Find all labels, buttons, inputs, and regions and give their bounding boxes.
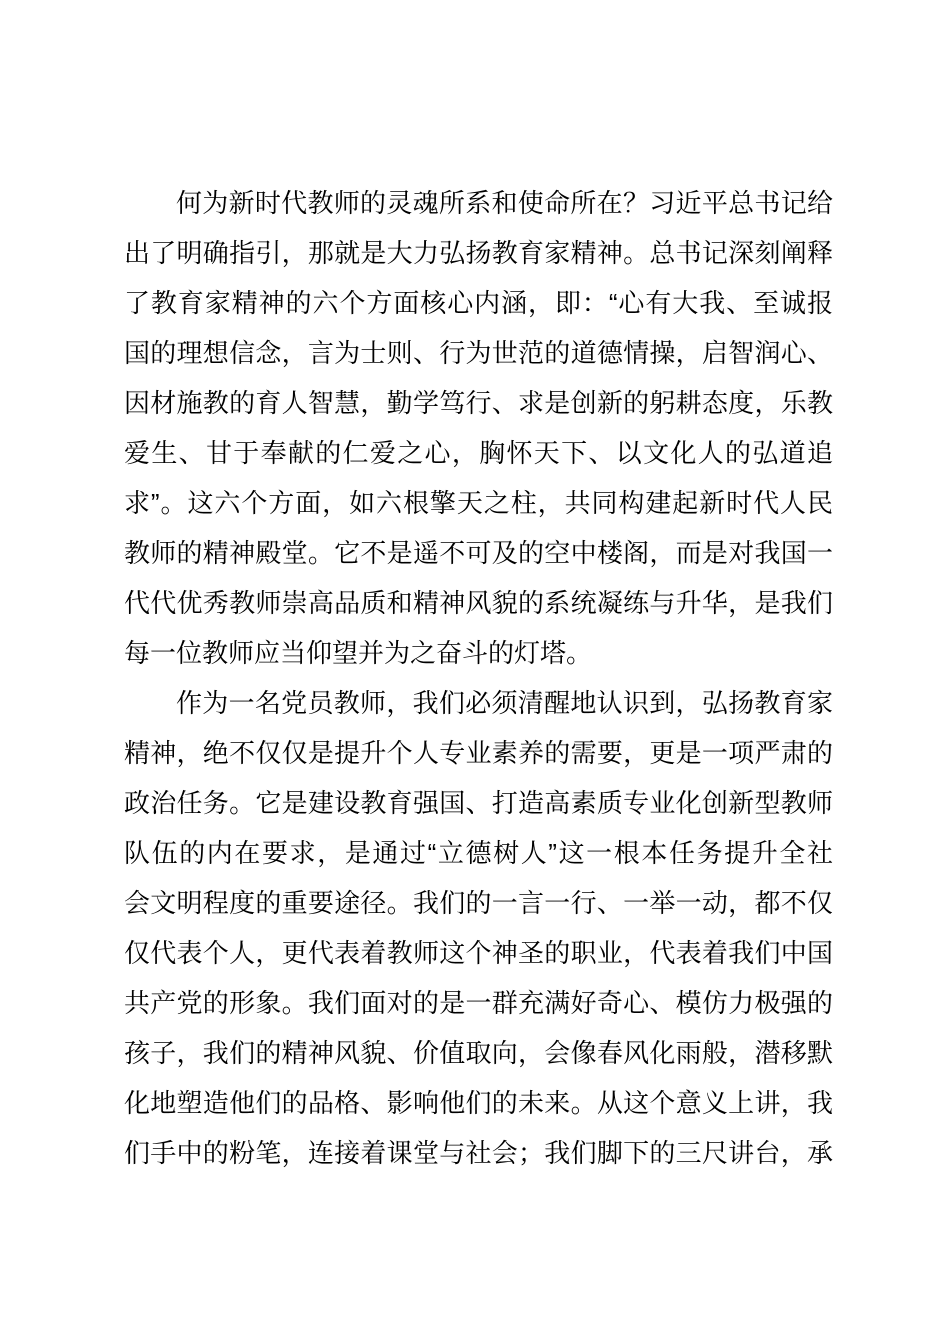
text-line: 了教育家精神的六个方面核心内涵，即：“心有大我、至诚报 [124,278,833,328]
text-line: 出了明确指引，那就是大力弘扬教育家精神。总书记深刻阐释 [124,228,833,278]
document-page: 何为新时代教师的灵魂所系和使命所在？习近平总书记给 出了明确指引，那就是大力弘扬… [0,0,950,1344]
text-block: 何为新时代教师的灵魂所系和使命所在？习近平总书记给 出了明确指引，那就是大力弘扬… [124,178,833,1178]
text-line: 会文明程度的重要途径。我们的一言一行、一举一动，都不仅 [124,878,833,928]
text-line: 教师的精神殿堂。它不是遥不可及的空中楼阁，而是对我国一 [124,528,833,578]
text-line: 作为一名党员教师，我们必须清醒地认识到，弘扬教育家 [124,678,833,728]
text-line: 们手中的粉笔，连接着课堂与社会；我们脚下的三尺讲台，承 [124,1128,833,1178]
text-line: 政治任务。它是建设教育强国、打造高素质专业化创新型教师 [124,778,833,828]
text-line: 因材施教的育人智慧，勤学笃行、求是创新的躬耕态度，乐教 [124,378,833,428]
text-line: 仅代表个人，更代表着教师这个神圣的职业，代表着我们中国 [124,928,833,978]
text-line: 代代优秀教师崇高品质和精神风貌的系统凝练与升华，是我们 [124,578,833,628]
text-line: 队伍的内在要求，是通过“立德树人”这一根本任务提升全社 [124,828,833,878]
text-line: 化地塑造他们的品格、影响他们的未来。从这个意义上讲，我 [124,1078,833,1128]
text-line: 求”。这六个方面，如六根擎天之柱，共同构建起新时代人民 [124,478,833,528]
text-line: 精神，绝不仅仅是提升个人专业素养的需要，更是一项严肃的 [124,728,833,778]
text-line: 每一位教师应当仰望并为之奋斗的灯塔。 [124,628,833,678]
text-line: 爱生、甘于奉献的仁爱之心，胸怀天下、以文化人的弘道追 [124,428,833,478]
text-line: 孩子，我们的精神风貌、价值取向，会像春风化雨般，潜移默 [124,1028,833,1078]
text-line: 共产党的形象。我们面对的是一群充满好奇心、模仿力极强的 [124,978,833,1028]
text-line: 国的理想信念，言为士则、行为世范的道德情操，启智润心、 [124,328,833,378]
text-line: 何为新时代教师的灵魂所系和使命所在？习近平总书记给 [124,178,833,228]
